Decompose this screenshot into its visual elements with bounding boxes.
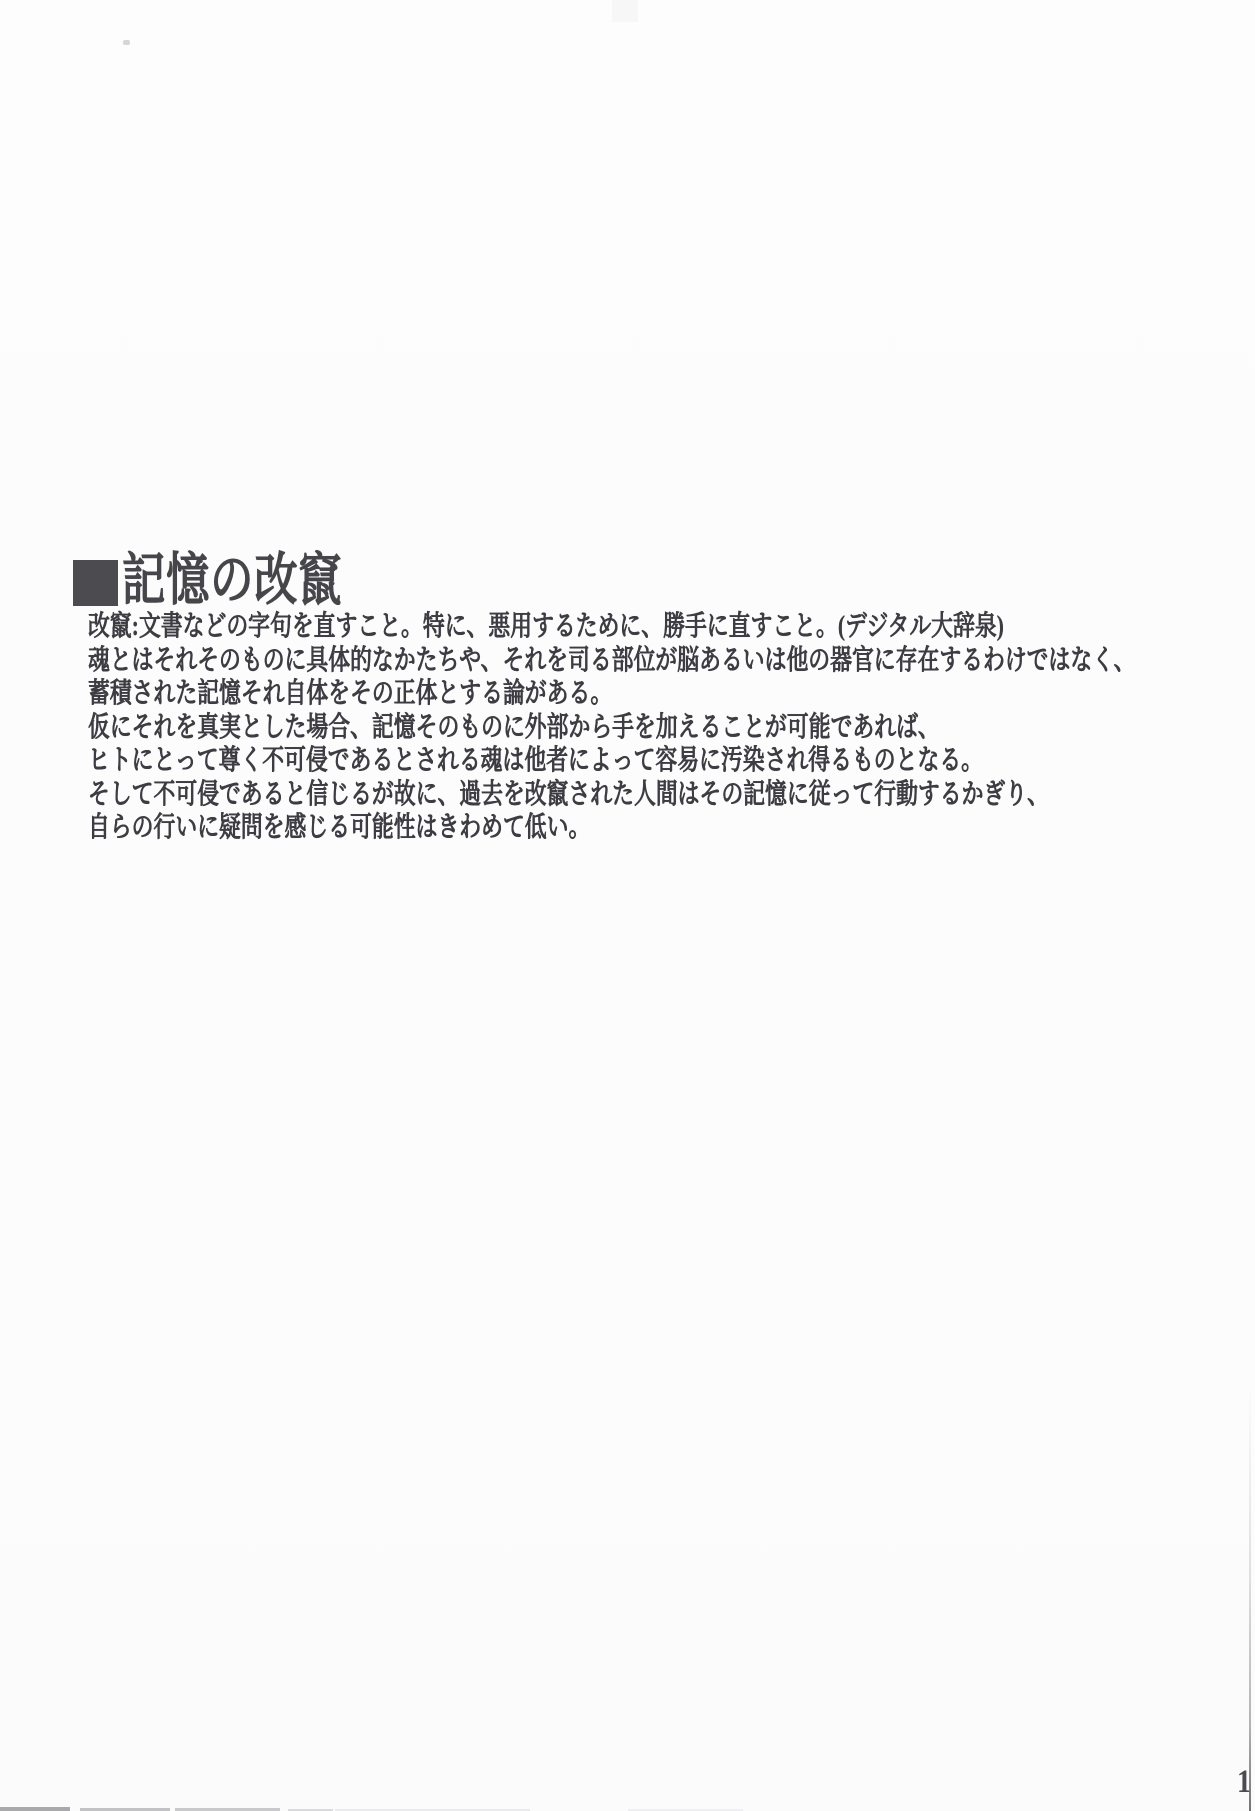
section-heading: 記憶の改竄 — [73, 552, 412, 610]
square-bullet-icon — [73, 560, 118, 606]
body-line: 魂とはそれそのものに具体的なかたちや、それを司る部位が脳あるいは他の器官に存在す… — [88, 644, 1135, 678]
scan-artifact-speck — [123, 40, 130, 45]
body-line: 蓄積された記憶それ自体をその正体とする論がある。 — [88, 677, 1135, 711]
body-text-block: 改竄:文書などの字句を直すこと。特に、悪用するために、勝手に直すこと。(デジタル… — [88, 610, 1135, 845]
body-line: 仮にそれを真実とした場合、記憶そのものに外部から手を加えることが可能であれば、 — [88, 711, 1135, 745]
body-line-definition: 改竄:文書などの字句を直すこと。特に、悪用するために、勝手に直すこと。(デジタル… — [88, 610, 1135, 644]
scan-page-edge-line — [1249, 1385, 1251, 1811]
section-heading-title: 記憶の改竄 — [122, 552, 342, 610]
scan-artifact-smudge — [0, 1807, 70, 1811]
body-line: そして不可侵であると信じるが故に、過去を改竄された人間はその記憶に従って行動する… — [88, 778, 1135, 812]
body-line: 自らの行いに疑問を感じる可能性はきわめて低い。 — [88, 811, 1135, 845]
body-line: ヒトにとって尊く不可侵であるとされる魂は他者によって容易に汚染され得るものとなる… — [88, 744, 1135, 778]
scanned-document-page: 記憶の改竄 改竄:文書などの字句を直すこと。特に、悪用するために、勝手に直すこと… — [0, 0, 1255, 1811]
scan-artifact-speck — [612, 0, 638, 22]
